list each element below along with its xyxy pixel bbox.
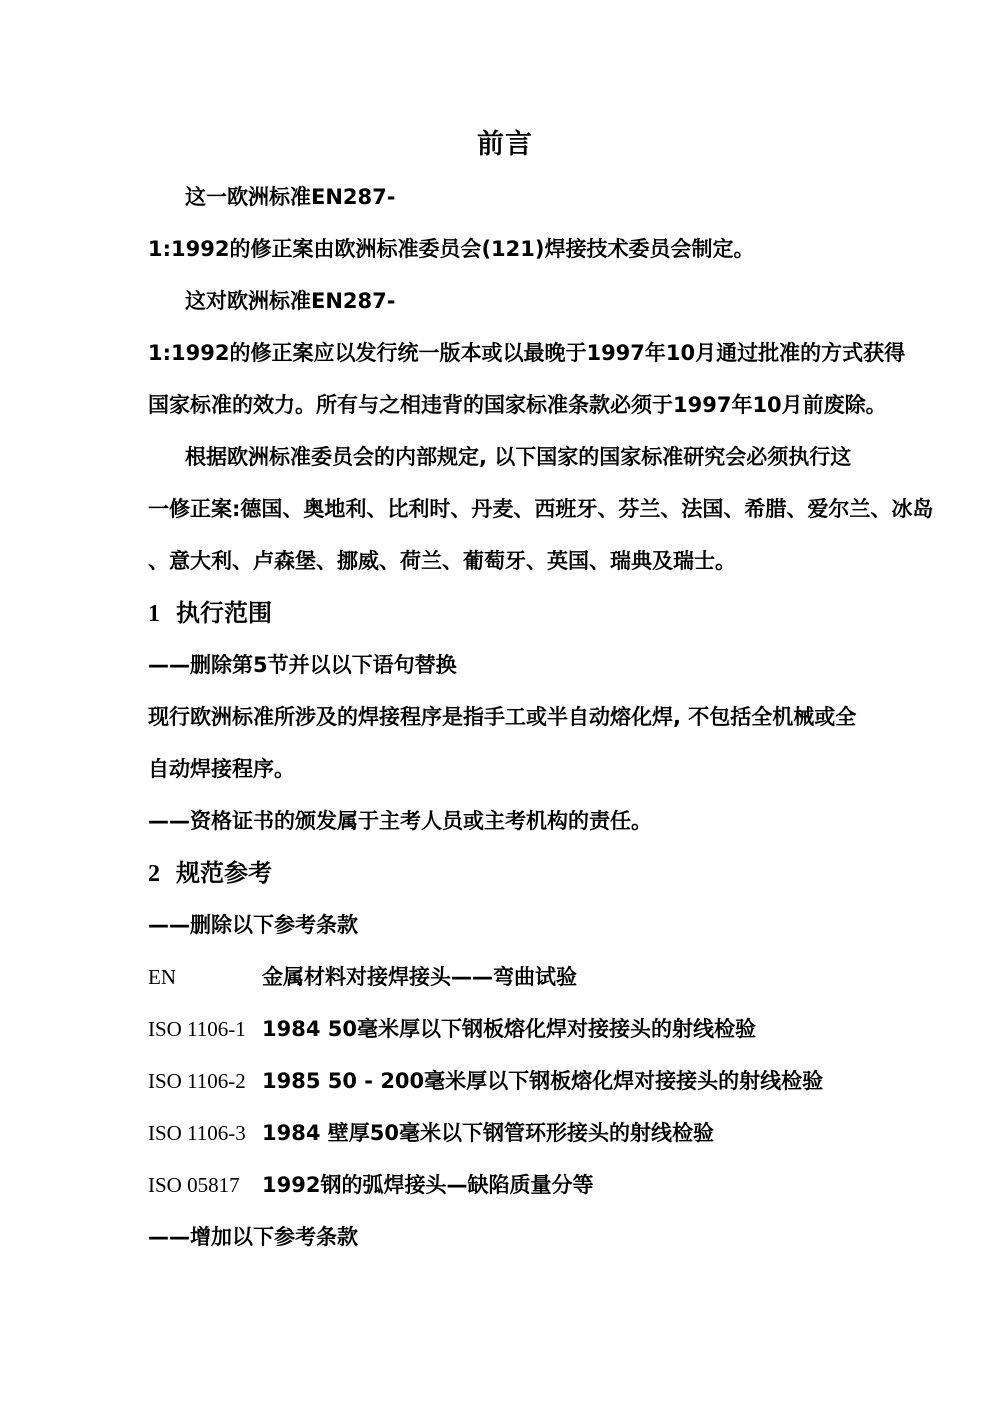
reference-item: ISO 058171992钢的弧焊接头—缺陷质量分等 [148,1159,862,1211]
paragraph-line: 根据欧洲标准委员会的内部规定, 以下国家的国家标准研究会必须执行这 [148,431,862,483]
section-number: 2 [148,848,160,900]
paragraph-line: 这对欧洲标准EN287- [148,275,862,327]
section-title: 规范参考 [176,859,272,887]
document-page: 前言 这一欧洲标准EN287-1:1992的修正案由欧洲标准委员会(121)焊接… [0,0,992,1403]
reference-description: 1984 50毫米厚以下钢板熔化焊对接接头的射线检验 [262,1017,756,1041]
reference-item: ISO 1106-11984 50毫米厚以下钢板熔化焊对接接头的射线检验 [148,1003,862,1055]
reference-description: 1984 壁厚50毫米以下钢管环形接头的射线检验 [262,1121,714,1145]
paragraph-line: ——增加以下参考条款 [148,1211,862,1263]
paragraph-line: 1:1992的修正案应以发行统一版本或以最晚于1997年10月通过批准的方式获得 [148,327,862,379]
section-title: 执行范围 [176,599,272,627]
reference-code: EN [148,951,248,1003]
paragraph-line: ——删除第5节并以以下语句替换 [148,639,862,691]
reference-code: ISO 05817 [148,1159,248,1211]
section-number: 1 [148,588,160,640]
section-heading: 1执行范围 [148,587,862,639]
paragraph-line: 自动焊接程序。 [148,743,862,795]
document-body: 这一欧洲标准EN287-1:1992的修正案由欧洲标准委员会(121)焊接技术委… [148,171,862,1263]
paragraph-line: 这一欧洲标准EN287- [148,171,862,223]
page-title: 前言 [148,119,862,171]
reference-description: 金属材料对接焊接头——弯曲试验 [262,965,577,989]
paragraph-line: 1:1992的修正案由欧洲标准委员会(121)焊接技术委员会制定。 [148,223,862,275]
reference-description: 1992钢的弧焊接头—缺陷质量分等 [262,1173,593,1197]
reference-code: ISO 1106-1 [148,1003,248,1055]
paragraph-line: ——删除以下参考条款 [148,899,862,951]
paragraph-line: ——资格证书的颁发属于主考人员或主考机构的责任。 [148,795,862,847]
paragraph-line: 一修正案:德国、奥地利、比利时、丹麦、西班牙、芬兰、法国、希腊、爱尔兰、冰岛 [148,483,862,535]
paragraph-line: 、意大利、卢森堡、挪威、荷兰、葡萄牙、英国、瑞典及瑞士。 [148,535,862,587]
paragraph-line: 国家标准的效力。所有与之相违背的国家标准条款必须于1997年10月前废除。 [148,379,862,431]
reference-code: ISO 1106-3 [148,1107,248,1159]
reference-item: ISO 1106-21985 50 - 200毫米厚以下钢板熔化焊对接接头的射线… [148,1055,862,1107]
section-heading: 2规范参考 [148,847,862,899]
reference-description: 1985 50 - 200毫米厚以下钢板熔化焊对接接头的射线检验 [262,1069,823,1093]
reference-code: ISO 1106-2 [148,1055,248,1107]
reference-item: EN金属材料对接焊接头——弯曲试验 [148,951,862,1003]
reference-item: ISO 1106-31984 壁厚50毫米以下钢管环形接头的射线检验 [148,1107,862,1159]
paragraph-line: 现行欧洲标准所涉及的焊接程序是指手工或半自动熔化焊, 不包括全机械或全 [148,691,862,743]
